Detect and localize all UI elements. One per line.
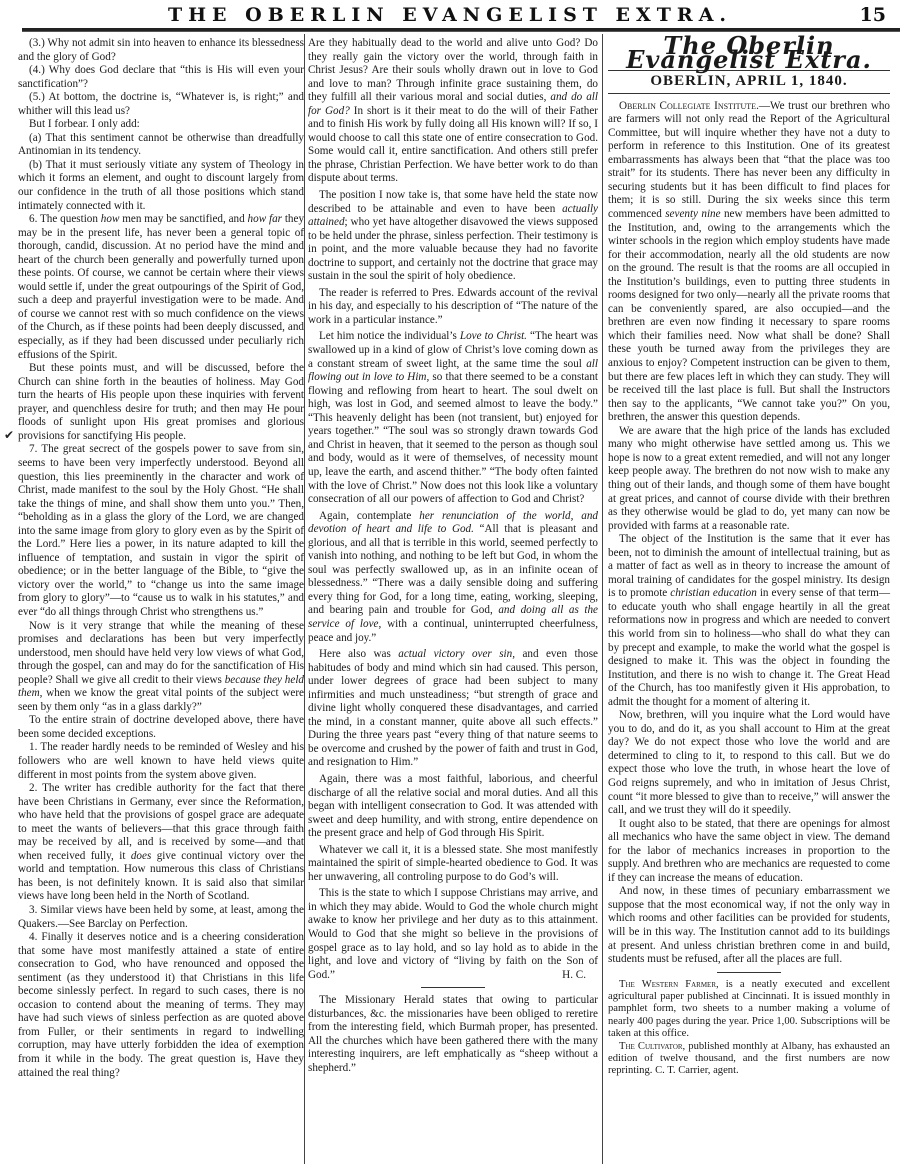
emphasis: christian education: [670, 587, 757, 599]
running-title: THE OBERLIN EVANGELIST EXTRA.: [0, 4, 900, 26]
paragraph: The reader is referred to Pres. Edwards …: [308, 287, 598, 328]
text: when we know the great vital points of t…: [18, 687, 304, 713]
paragraph: (3.) Why not admit sin into heaven to en…: [18, 37, 304, 64]
column-divider: [602, 34, 603, 1164]
paragraph: We are aware that the high price of the …: [608, 425, 890, 533]
text: in every sense of that term—to educate y…: [608, 587, 890, 707]
paragraph: Are they habitually dead to the world an…: [308, 37, 598, 186]
text: so that there seemed to be a constant fl…: [308, 371, 598, 505]
paragraph: 4. Finally it deserves notice and is a c…: [18, 931, 304, 1080]
text: Here also was: [319, 648, 398, 660]
emphasis: how: [101, 213, 120, 225]
emphasis: seventy nine: [665, 208, 720, 220]
paragraph: (b) That it must seriously vitiate any s…: [18, 159, 304, 213]
paragraph: (4.) Why does God declare that “this is …: [18, 64, 304, 91]
section-divider: [421, 987, 485, 988]
text: 6. The question: [29, 213, 101, 225]
paragraph: It ought also to be stated, that there a…: [608, 818, 890, 886]
text: —We trust our brethren who are farmers w…: [608, 100, 890, 220]
paragraph: And now, in these times of pecuniary emb…: [608, 885, 890, 966]
paragraph: (a) That this sentiment cannot be otherw…: [18, 132, 304, 159]
text: they may be in the present life, has nev…: [18, 213, 304, 360]
column-1: (3.) Why not admit sin into heaven to en…: [18, 37, 304, 1080]
paragraph: Again, contemplate her renunciation of t…: [308, 510, 598, 645]
paragraph: 7. The great secrect of the gospels powe…: [18, 443, 304, 619]
text: men may be sanctified, and: [119, 213, 247, 225]
column-3: The Oberlin Evangelist Extra. OBERLIN, A…: [608, 37, 890, 1078]
paragraph: Now is it very strange that while the me…: [18, 620, 304, 715]
text: The position I now take is, that some ha…: [308, 189, 598, 215]
paragraph: 3. Similar views have been held by some,…: [18, 904, 304, 931]
paragraph: 1. The reader hardly needs to be reminde…: [18, 741, 304, 782]
dateline: OBERLIN, APRIL 1, 1840.: [608, 75, 890, 94]
handwritten-checkmark-icon: ✔: [4, 428, 14, 443]
paragraph: But I forbear. I only add:: [18, 118, 304, 132]
emphasis: does: [131, 850, 151, 862]
article-heading: The Cultivator,: [619, 1041, 685, 1052]
column-divider: [304, 34, 305, 1164]
paragraph: Here also was actual victory over sin, a…: [308, 648, 598, 770]
paragraph: 2. The writer has credible authority for…: [18, 782, 304, 904]
text: Again, contemplate: [319, 510, 419, 522]
paragraph: The Western Farmer, is a neatly executed…: [608, 979, 890, 1041]
paragraph: The object of the Institution is the sam…: [608, 533, 890, 709]
paragraph: The Cultivator, published monthly at Alb…: [608, 1041, 890, 1078]
paragraph: The Missionary Herald states that owing …: [308, 994, 598, 1075]
article-heading: Oberlin Collegiate Institute.: [619, 100, 759, 112]
paragraph: To the entire strain of doctrine develop…: [18, 714, 304, 741]
masthead: The Oberlin Evangelist Extra.: [608, 37, 890, 71]
article-heading: The Western Farmer,: [619, 979, 719, 990]
author-signature: H. C.: [551, 969, 598, 983]
paragraph: Whatever we call it, it is a blessed sta…: [308, 844, 598, 885]
emphasis: Love to Christ.: [460, 330, 527, 342]
paragraph: Now, brethren, will you inquire what the…: [608, 709, 890, 817]
text: and even those habitudes of body and min…: [308, 648, 598, 768]
paragraph: Oberlin Collegiate Institute.—We trust o…: [608, 100, 890, 425]
text: In short is it their meat to do the will…: [308, 105, 598, 185]
paragraph: Let him notice the individual’s Love to …: [308, 330, 598, 506]
section-divider: [717, 972, 781, 973]
paragraph: (5.) At bottom, the doctrine is, “Whatev…: [18, 91, 304, 118]
text: This is the state to which I suppose Chr…: [308, 887, 598, 980]
paragraph: This is the state to which I suppose Chr…: [308, 887, 598, 982]
text: new members have been admitted to the In…: [608, 208, 890, 423]
column-2: Are they habitually dead to the world an…: [308, 37, 598, 1075]
text: ; who yet have altogether disavowed the …: [308, 216, 598, 282]
paragraph: The position I now take is, that some ha…: [308, 189, 598, 284]
text: Let him notice the individual’s: [319, 330, 460, 342]
page-number: 15: [860, 4, 886, 26]
paragraph: Again, there was a most faithful, labori…: [308, 773, 598, 841]
emphasis: how far: [248, 213, 282, 225]
page-header: THE OBERLIN EVANGELIST EXTRA. 15: [0, 0, 900, 30]
paragraph: 6. The question how men may be sanctifie…: [18, 213, 304, 362]
text: “All that is pleasant and glorious, and …: [308, 523, 598, 616]
emphasis: actual victory over sin,: [398, 648, 515, 660]
paragraph: But these points must, and will be discu…: [18, 362, 304, 443]
